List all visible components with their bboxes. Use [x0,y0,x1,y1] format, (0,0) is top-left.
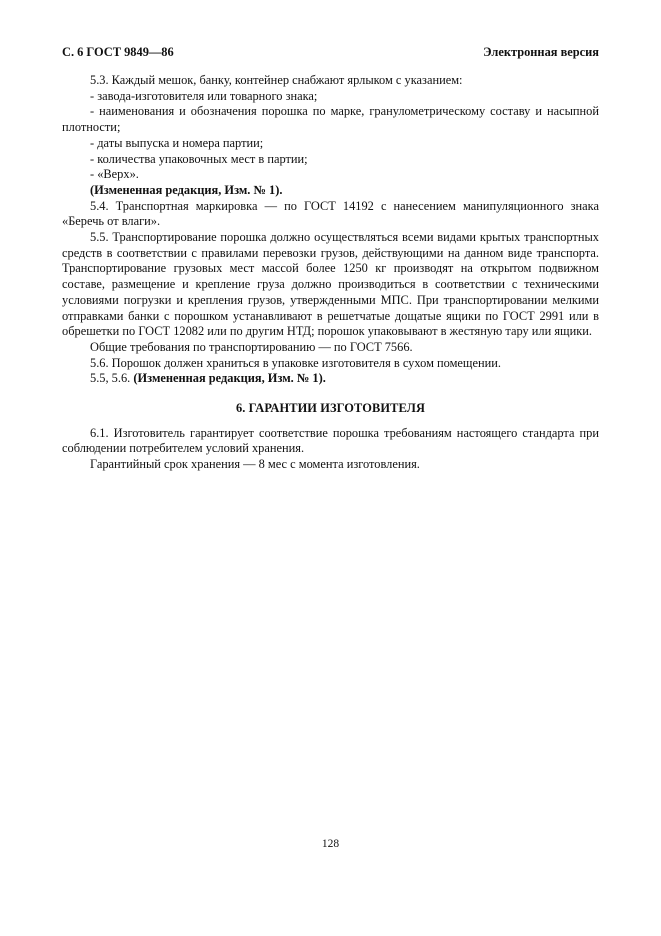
document-body: 5.3. Каждый мешок, банку, контейнер снаб… [62,73,599,473]
clause-5-3-item: - даты выпуска и номера партии; [62,136,599,152]
clause-5-3-item: - завода-изготовителя или товарного знак… [62,89,599,105]
clause-6-1: 6.1. Изготовитель гарантирует соответств… [62,426,599,457]
version-label: Электронная версия [483,45,599,60]
clause-5-3-item: - наименования и обозначения порошка по … [62,104,599,135]
page-number: 128 [0,838,661,850]
clause-6-1-warranty: Гарантийный срок хранения — 8 мес с моме… [62,457,599,473]
clause-5-3-item: - «Верх». [62,167,599,183]
page-header: С. 6 ГОСТ 9849—86 Электронная версия [62,45,599,61]
amendment-note: (Измененная редакция, Изм. № 1). [62,183,599,199]
clause-5-4: 5.4. Транспортная маркировка — по ГОСТ 1… [62,199,599,230]
clause-5-5-general: Общие требования по транспортированию — … [62,340,599,356]
clause-5-5: 5.5. Транспортирование порошка должно ос… [62,230,599,340]
clause-5-6: 5.6. Порошок должен храниться в упаковке… [62,356,599,372]
section-6-title: 6. ГАРАНТИИ ИЗГОТОВИТЕЛЯ [62,401,599,417]
amendment-note-5-5-5-6: 5.5, 5.6. (Измененная редакция, Изм. № 1… [62,371,599,387]
clause-5-3-item: - количества упаковочных мест в партии; [62,152,599,168]
amendment-note-text: (Измененная редакция, Изм. № 1). [133,371,325,385]
amendment-note-prefix: 5.5, 5.6. [90,371,133,385]
clause-5-3: 5.3. Каждый мешок, банку, контейнер снаб… [62,73,599,89]
document-designation: С. 6 ГОСТ 9849—86 [62,45,174,60]
